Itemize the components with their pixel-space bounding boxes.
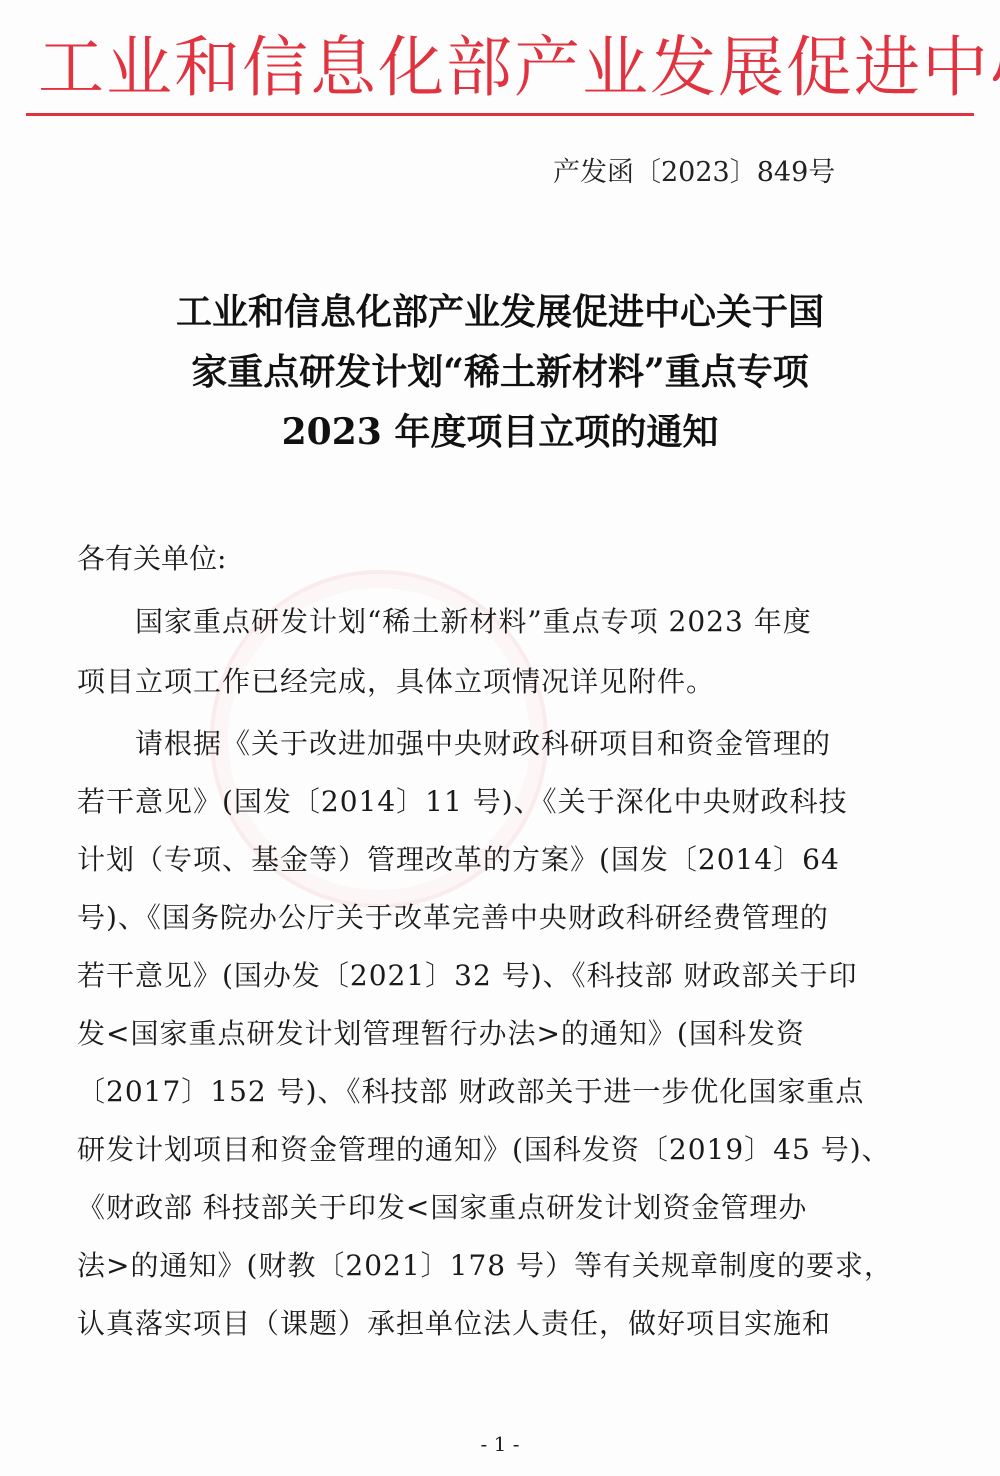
masthead-red-rule — [26, 113, 974, 116]
body-line: 请根据《关于改进加强中央财政科研项目和资金管理的 — [77, 722, 831, 766]
title-line: 家重点研发计划“稀土新材料”重点专项 — [60, 342, 940, 402]
title-line: 工业和信息化部产业发展促进中心关于国 — [60, 282, 940, 342]
page-number: - 1 - — [0, 1430, 1000, 1458]
body-line: 若干意见》(国办发〔2021〕32 号)、《科技部 财政部关于印 — [77, 954, 858, 998]
body-line: 研发计划项目和资金管理的通知》(国科发资〔2019〕45 号)、 — [77, 1128, 891, 1172]
body-line: 号)、《国务院办公厅关于改革完善中央财政科研经费管理的 — [77, 896, 829, 940]
body-line: 若干意见》(国发〔2014〕11 号)、《关于深化中央财政科技 — [77, 780, 848, 824]
body-line: 发<国家重点研发计划管理暂行办法>的通知》(国科发资 — [77, 1012, 805, 1056]
body-line: 计划（专项、基金等）管理改革的方案》(国发〔2014〕64 — [77, 838, 840, 882]
body-line: 认真落实项目（课题）承担单位法人责任，做好项目实施和 — [77, 1302, 831, 1346]
body-line: 法>的通知》(财教〔2021〕178 号）等有关规章制度的要求， — [77, 1244, 893, 1288]
document-title: 工业和信息化部产业发展促进中心关于国 家重点研发计划“稀土新材料”重点专项 20… — [60, 282, 940, 462]
document-page: 工业和信息化部产业发展促进中心 产发函〔2023〕849号 工业和信息化部产业发… — [0, 0, 1000, 1476]
title-line: 2023 年度项目立项的通知 — [60, 402, 940, 462]
body-line: 〔2017〕152 号)、《科技部 财政部关于进一步优化国家重点 — [77, 1070, 864, 1114]
salutation: 各有关单位: — [77, 537, 226, 581]
body-line: 项目立项工作已经完成，具体立项情况详见附件。 — [77, 660, 715, 704]
body-line: 《财政部 科技部关于印发<国家重点研发计划资金管理办 — [77, 1186, 807, 1230]
body-line: 国家重点研发计划“稀土新材料”重点专项 2023 年度 — [77, 600, 812, 644]
document-number: 产发函〔2023〕849号 — [553, 153, 835, 193]
masthead-organization: 工业和信息化部产业发展促进中心 — [38, 28, 968, 108]
